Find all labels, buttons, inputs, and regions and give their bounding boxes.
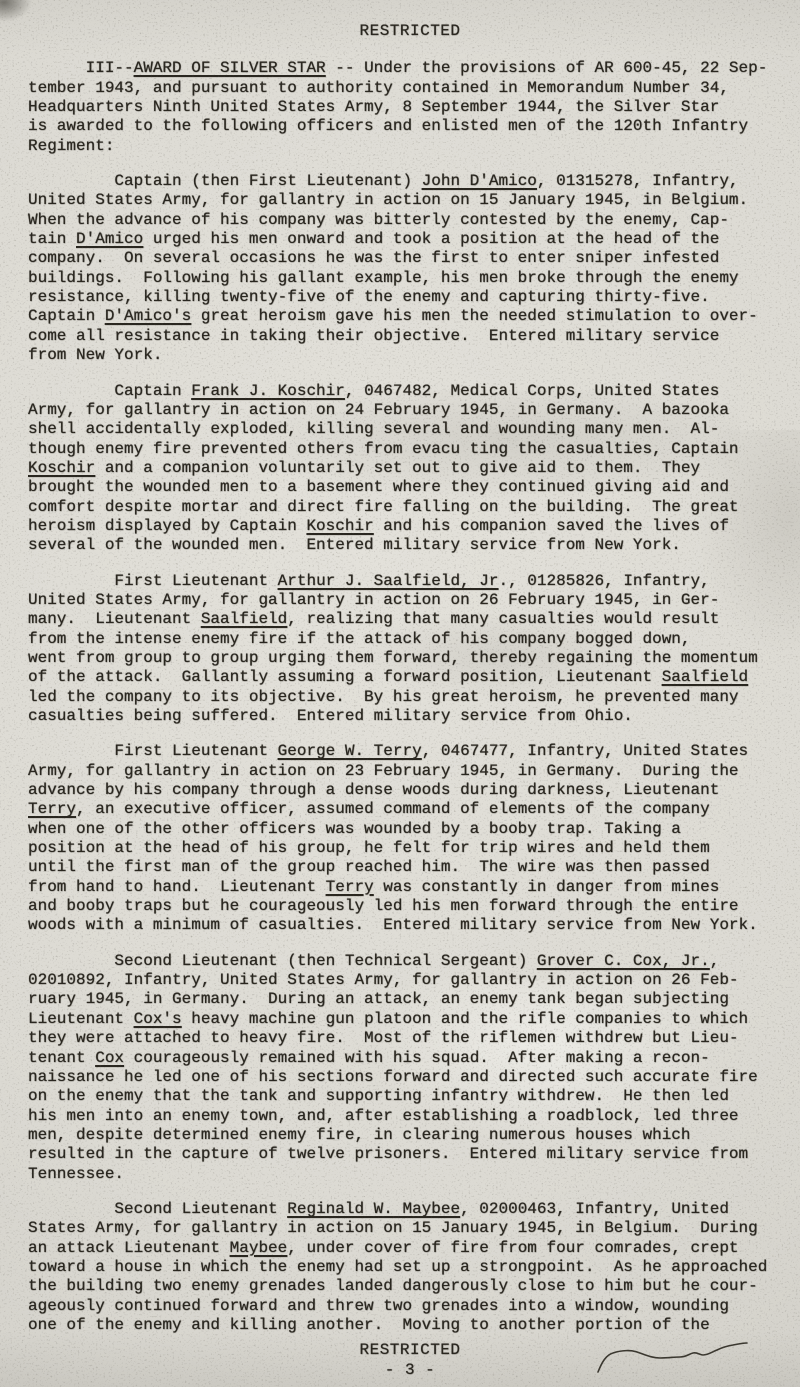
citation-george-terry: First Lieutenant George W. Terry, 046747… bbox=[28, 742, 792, 935]
classification-footer: RESTRICTED bbox=[28, 1341, 792, 1360]
page-number: - 3 - bbox=[28, 1361, 792, 1380]
citation-arthur-saalfield: First Lieutenant Arthur J. Saalfield, Jr… bbox=[28, 572, 792, 727]
page-footer: RESTRICTED - 3 - bbox=[28, 1341, 792, 1380]
section-heading-paragraph: III--AWARD OF SILVER STAR -- Under the p… bbox=[28, 59, 792, 156]
citation-reginald-maybee: Second Lieutenant Reginald W. Maybee, 02… bbox=[28, 1200, 792, 1335]
document-page: RESTRICTED III--AWARD OF SILVER STAR -- … bbox=[0, 0, 800, 1387]
classification-header: RESTRICTED bbox=[28, 22, 792, 41]
citation-john-damico: Captain (then First Lieutenant) John D'A… bbox=[28, 172, 792, 365]
citation-frank-koschir: Captain Frank J. Koschir, 0467482, Medic… bbox=[28, 382, 792, 556]
citation-grover-cox: Second Lieutenant (then Technical Sergea… bbox=[28, 952, 792, 1184]
